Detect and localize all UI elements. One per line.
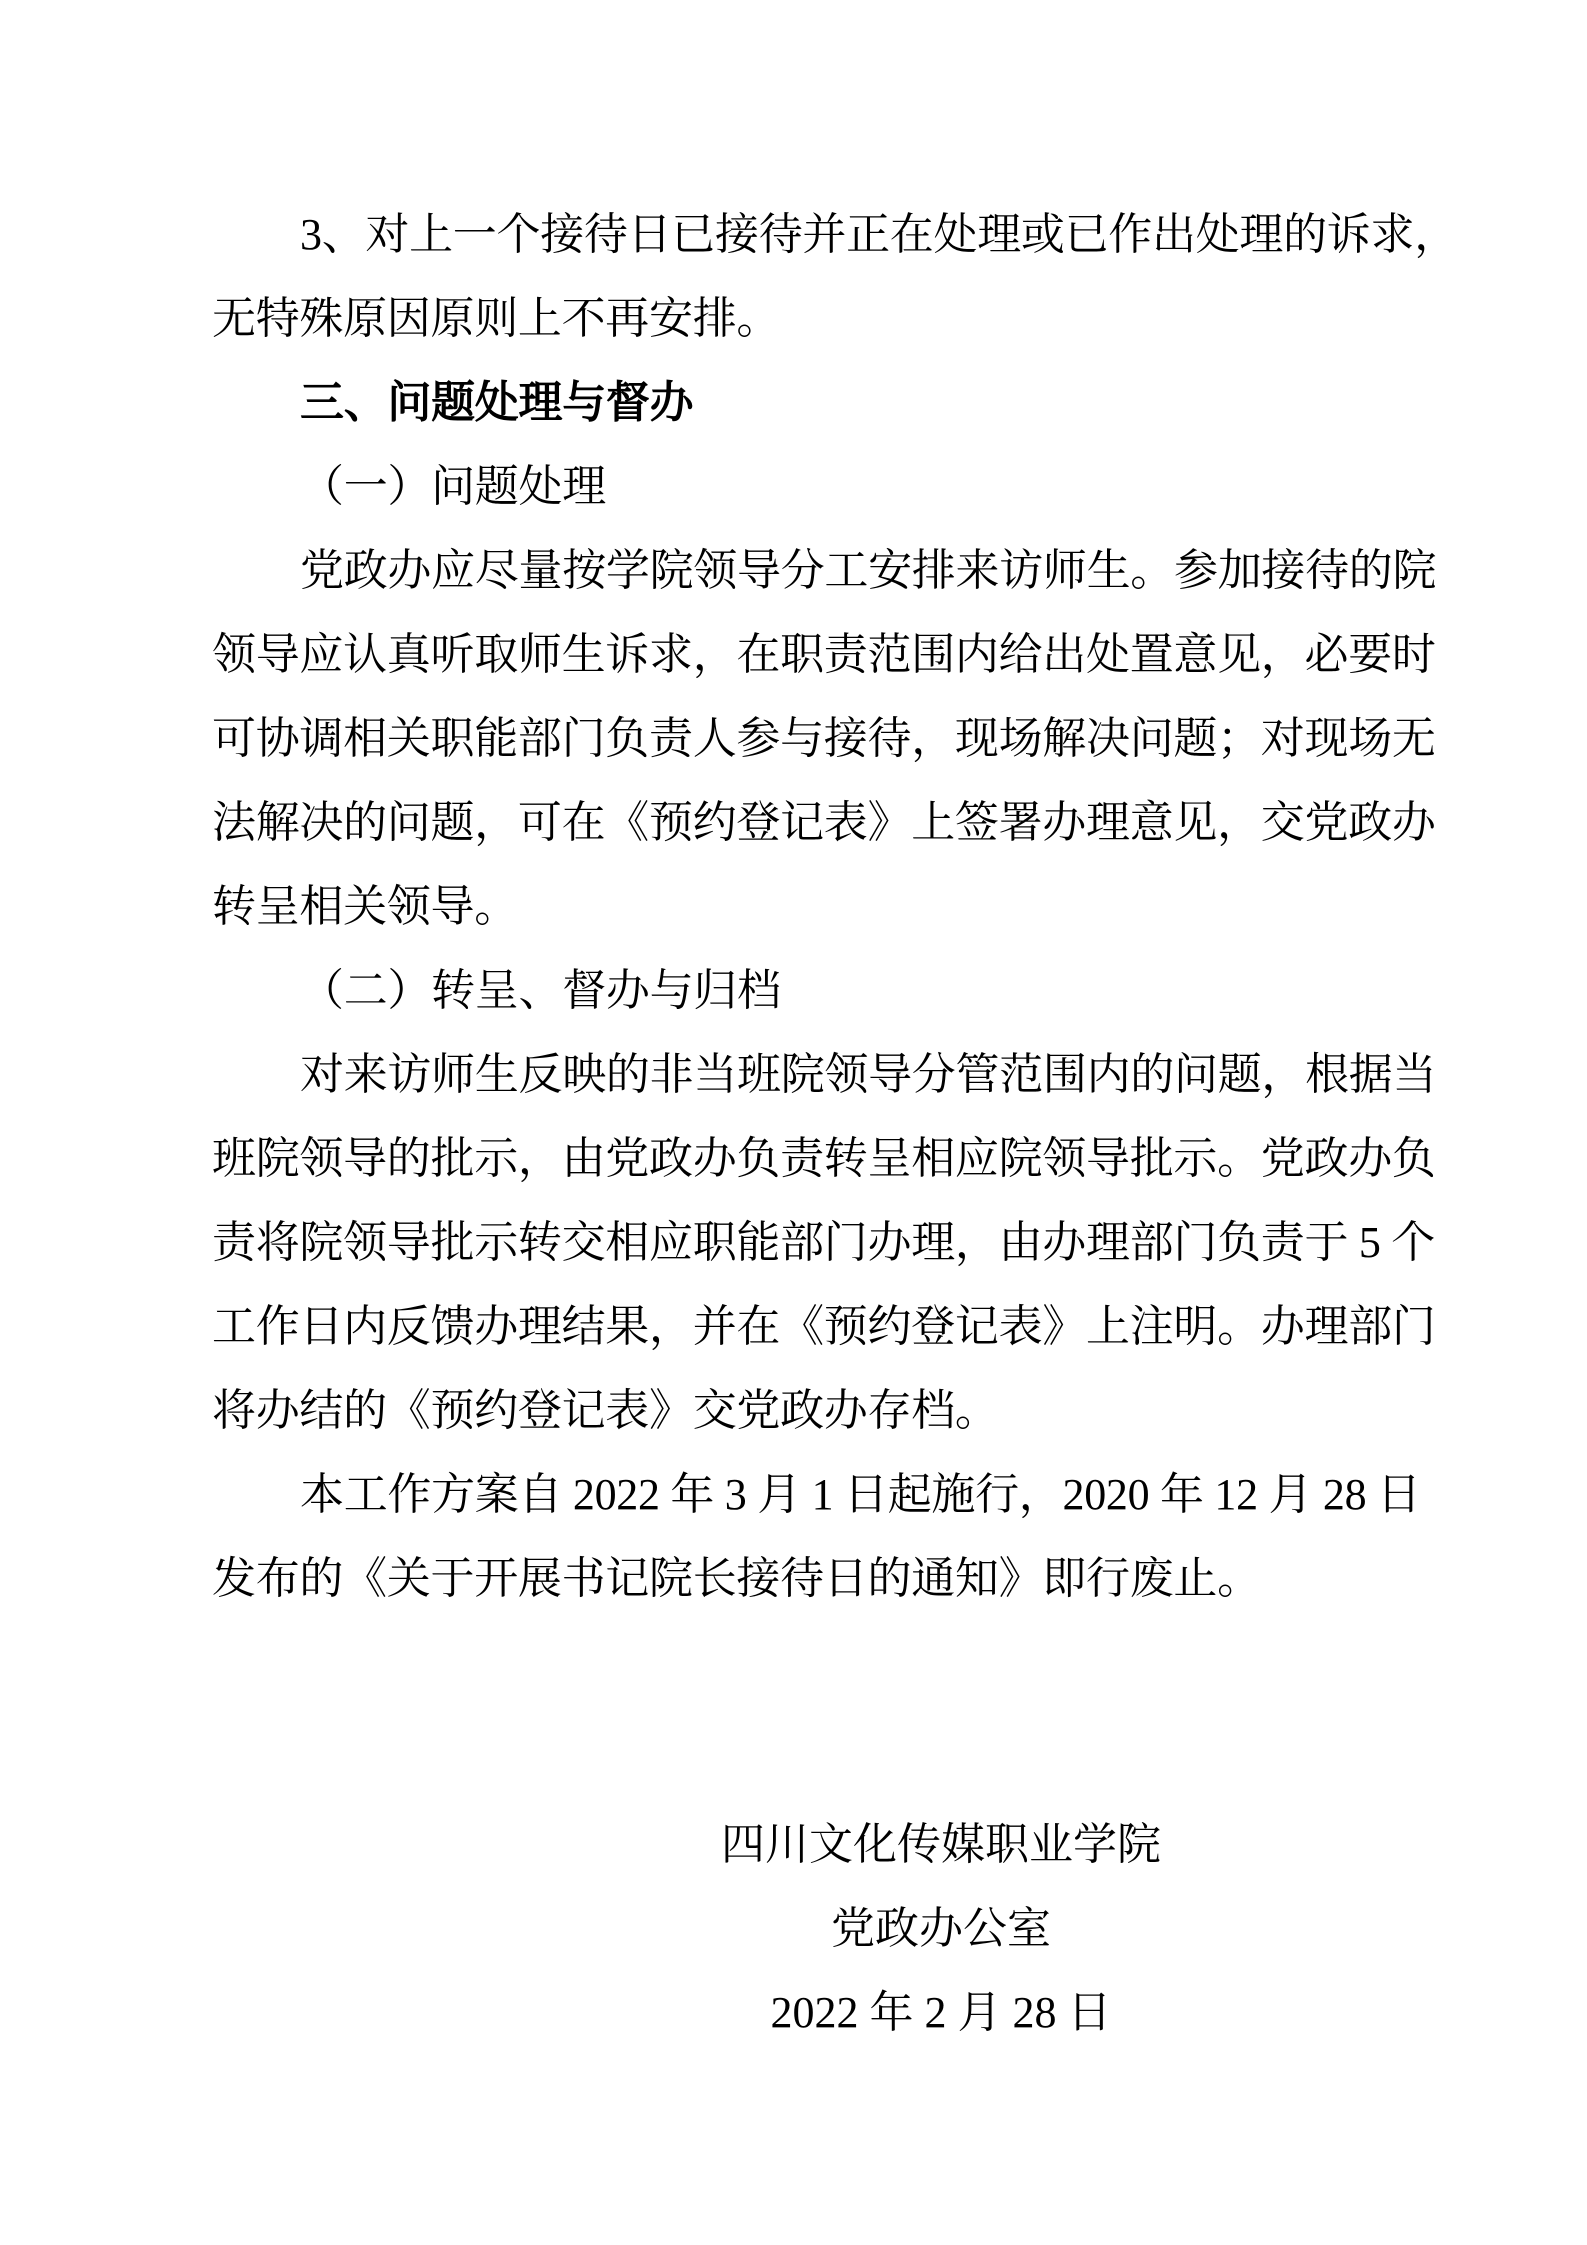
text-line: 可协调相关职能部门负责人参与接待，现场解决问题；对现场无 bbox=[212, 697, 1390, 781]
signature-office-name: 党政办公室 bbox=[352, 1887, 1530, 1971]
text-line: 领导应认真听取师生诉求，在职责范围内给出处置意见，必要时 bbox=[212, 613, 1390, 697]
text-line: 3、对上一个接待日已接待并正在处理或已作出处理的诉求， bbox=[212, 193, 1390, 277]
text-line: 无特殊原因原则上不再安排。 bbox=[212, 277, 1390, 361]
text-line: 责将院领导批示转交相应职能部门办理，由办理部门负责于 5 个 bbox=[212, 1201, 1390, 1285]
signature-date: 2022 年 2 月 28 日 bbox=[352, 1971, 1530, 2055]
text-line: 法解决的问题，可在《预约登记表》上签署办理意见，交党政办 bbox=[212, 781, 1390, 865]
document-content: 3、对上一个接待日已接待并正在处理或已作出处理的诉求，无特殊原因原则上不再安排。… bbox=[212, 193, 1390, 2055]
text-line: 党政办应尽量按学院领导分工安排来访师生。参加接待的院 bbox=[212, 529, 1390, 613]
text-line: 转呈相关领导。 bbox=[212, 865, 1390, 949]
signature-org-name: 四川文化传媒职业学院 bbox=[352, 1803, 1530, 1887]
text-line: 发布的《关于开展书记院长接待日的通知》即行废止。 bbox=[212, 1537, 1390, 1621]
section-heading: （二）转呈、督办与归档 bbox=[212, 949, 1390, 1033]
text-line: 将办结的《预约登记表》交党政办存档。 bbox=[212, 1369, 1390, 1453]
text-line: 班院领导的批示，由党政办负责转呈相应院领导批示。党政办负 bbox=[212, 1117, 1390, 1201]
section-heading: 三、问题处理与督办 bbox=[212, 361, 1390, 445]
text-line: 本工作方案自 2022 年 3 月 1 日起施行，2020 年 12 月 28 … bbox=[212, 1453, 1390, 1537]
text-line: 工作日内反馈办理结果，并在《预约登记表》上注明。办理部门 bbox=[212, 1285, 1390, 1369]
document-page: 3、对上一个接待日已接待并正在处理或已作出处理的诉求，无特殊原因原则上不再安排。… bbox=[0, 0, 1587, 2245]
section-heading: （一）问题处理 bbox=[212, 445, 1390, 529]
document-lines: 3、对上一个接待日已接待并正在处理或已作出处理的诉求，无特殊原因原则上不再安排。… bbox=[212, 193, 1390, 1621]
text-line: 对来访师生反映的非当班院领导分管范围内的问题，根据当 bbox=[212, 1033, 1390, 1117]
signature-block: 四川文化传媒职业学院 党政办公室 2022 年 2 月 28 日 bbox=[352, 1803, 1530, 2055]
